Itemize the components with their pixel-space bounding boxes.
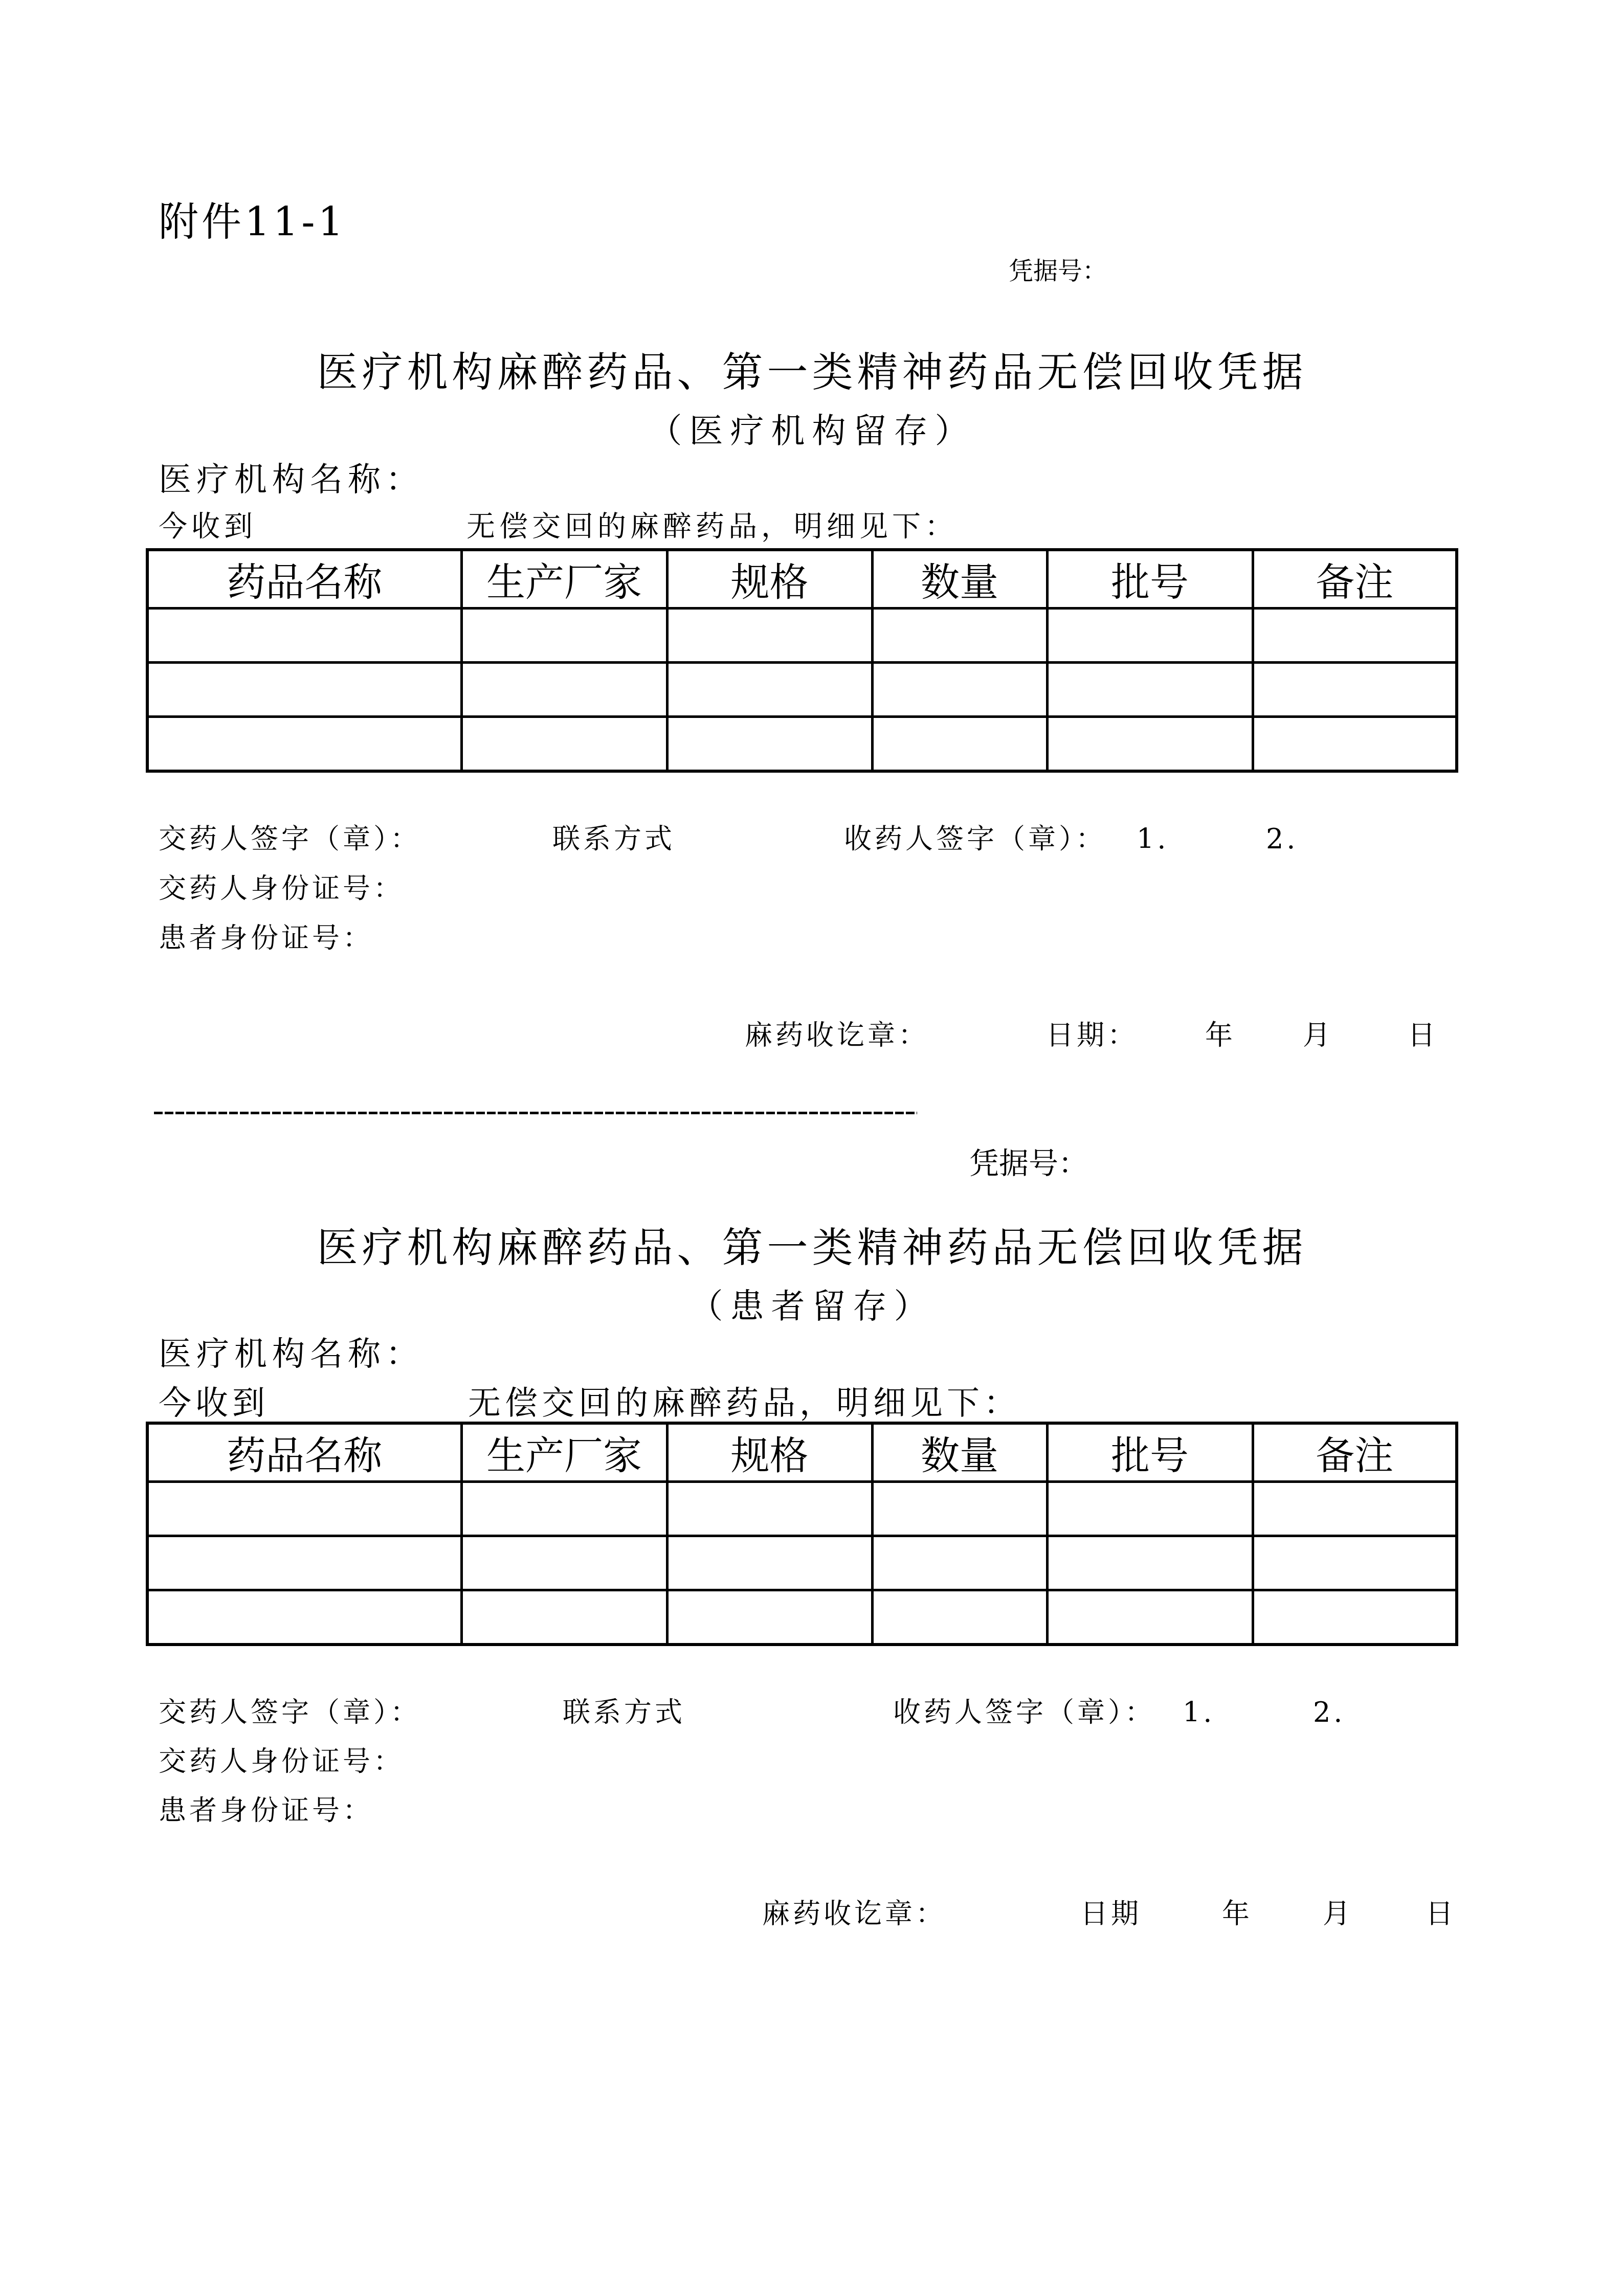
cell-manufacturer[interactable] bbox=[461, 717, 667, 772]
drug-table: 药品名称 生产厂家 规格 数量 批号 备注 bbox=[146, 1422, 1458, 1646]
attachment-label: 附件11-1 bbox=[159, 202, 346, 242]
month-label: 月 bbox=[1323, 1900, 1353, 1928]
header-quantity: 数量 bbox=[872, 550, 1047, 609]
cell-manufacturer[interactable] bbox=[461, 1590, 667, 1645]
deliverer-signature-label: 交药人签字（章）： bbox=[159, 1699, 421, 1726]
table-row bbox=[147, 609, 1457, 663]
cell-manufacturer[interactable] bbox=[461, 1536, 667, 1590]
cell-batch-number[interactable] bbox=[1047, 1482, 1253, 1536]
cell-specification[interactable] bbox=[667, 663, 872, 717]
day-label: 日 bbox=[1408, 1022, 1438, 1049]
table-header-row: 药品名称 生产厂家 规格 数量 批号 备注 bbox=[147, 550, 1457, 609]
header-drug-name: 药品名称 bbox=[147, 1423, 461, 1482]
receiver-1-label: 1. bbox=[1137, 825, 1169, 853]
receiver-1-label: 1. bbox=[1183, 1699, 1215, 1726]
receiver-2-label: 2. bbox=[1313, 1699, 1346, 1726]
form-subtitle: （患者留存） bbox=[0, 1290, 1624, 1323]
table-row bbox=[147, 1590, 1457, 1645]
institution-name-label: 医疗机构名称： bbox=[159, 463, 424, 496]
patient-id-label: 患者身份证号： bbox=[159, 1797, 373, 1825]
table-row bbox=[147, 663, 1457, 717]
stamp-label: 麻药收讫章： bbox=[745, 1022, 929, 1049]
cut-line-divider bbox=[154, 1112, 917, 1114]
cell-drug-name[interactable] bbox=[147, 609, 461, 663]
voucher-number-label: 凭据号： bbox=[1009, 259, 1107, 283]
cell-remarks[interactable] bbox=[1253, 1482, 1457, 1536]
cell-quantity[interactable] bbox=[872, 717, 1047, 772]
header-drug-name: 药品名称 bbox=[147, 550, 461, 609]
voucher-number-label: 凭据号： bbox=[969, 1149, 1088, 1178]
table-header-row: 药品名称 生产厂家 规格 数量 批号 备注 bbox=[147, 1423, 1457, 1482]
received-label: 今收到 bbox=[159, 1387, 269, 1420]
cell-specification[interactable] bbox=[667, 1536, 872, 1590]
receiver-signature-label: 收药人签字（章）： bbox=[893, 1699, 1155, 1726]
cell-specification[interactable] bbox=[667, 1482, 872, 1536]
cell-drug-name[interactable] bbox=[147, 1536, 461, 1590]
cell-drug-name[interactable] bbox=[147, 663, 461, 717]
cell-manufacturer[interactable] bbox=[461, 609, 667, 663]
cell-manufacturer[interactable] bbox=[461, 1482, 667, 1536]
stamp-label: 麻药收讫章： bbox=[762, 1900, 946, 1928]
header-manufacturer: 生产厂家 bbox=[461, 1423, 667, 1482]
receiver-2-label: 2. bbox=[1266, 825, 1299, 853]
day-label: 日 bbox=[1426, 1900, 1456, 1928]
cell-batch-number[interactable] bbox=[1047, 663, 1253, 717]
table-row bbox=[147, 1482, 1457, 1536]
cell-batch-number[interactable] bbox=[1047, 1590, 1253, 1645]
cell-drug-name[interactable] bbox=[147, 1482, 461, 1536]
receiver-signature-label: 收药人签字（章）： bbox=[844, 825, 1106, 853]
institution-name-label: 医疗机构名称： bbox=[159, 1338, 424, 1370]
cell-batch-number[interactable] bbox=[1047, 609, 1253, 663]
header-remarks: 备注 bbox=[1253, 1423, 1457, 1482]
cell-quantity[interactable] bbox=[872, 663, 1047, 717]
cell-remarks[interactable] bbox=[1253, 609, 1457, 663]
deliverer-signature-label: 交药人签字（章）： bbox=[159, 825, 421, 853]
cell-remarks[interactable] bbox=[1253, 717, 1457, 772]
cell-quantity[interactable] bbox=[872, 1482, 1047, 1536]
deliverer-id-label: 交药人身份证号： bbox=[159, 1748, 404, 1775]
form-title: 医疗机构麻醉药品、第一类精神药品无偿回收凭据 bbox=[0, 352, 1624, 393]
cell-remarks[interactable] bbox=[1253, 1590, 1457, 1645]
cell-manufacturer[interactable] bbox=[461, 663, 667, 717]
year-label: 年 bbox=[1222, 1900, 1253, 1928]
cell-remarks[interactable] bbox=[1253, 1536, 1457, 1590]
form-title: 医疗机构麻醉药品、第一类精神药品无偿回收凭据 bbox=[0, 1227, 1624, 1268]
header-remarks: 备注 bbox=[1253, 550, 1457, 609]
patient-id-label: 患者身份证号： bbox=[159, 925, 373, 952]
header-specification: 规格 bbox=[667, 1423, 872, 1482]
year-label: 年 bbox=[1205, 1022, 1236, 1049]
header-manufacturer: 生产厂家 bbox=[461, 550, 667, 609]
cell-specification[interactable] bbox=[667, 609, 872, 663]
month-label: 月 bbox=[1303, 1022, 1333, 1049]
header-batch-number: 批号 bbox=[1047, 550, 1253, 609]
contact-label: 联系方式 bbox=[563, 1699, 685, 1726]
cell-specification[interactable] bbox=[667, 717, 872, 772]
table-row bbox=[147, 717, 1457, 772]
cell-batch-number[interactable] bbox=[1047, 717, 1253, 772]
date-label: 日期 bbox=[1080, 1900, 1142, 1928]
cell-drug-name[interactable] bbox=[147, 1590, 461, 1645]
header-specification: 规格 bbox=[667, 550, 872, 609]
cell-quantity[interactable] bbox=[872, 1590, 1047, 1645]
form-subtitle: （医疗机构留存） bbox=[0, 414, 1624, 448]
deliverer-id-label: 交药人身份证号： bbox=[159, 875, 404, 903]
header-quantity: 数量 bbox=[872, 1423, 1047, 1482]
cell-specification[interactable] bbox=[667, 1590, 872, 1645]
cell-remarks[interactable] bbox=[1253, 663, 1457, 717]
date-label: 日期： bbox=[1046, 1022, 1138, 1049]
cell-quantity[interactable] bbox=[872, 609, 1047, 663]
table-row bbox=[147, 1536, 1457, 1590]
drug-table: 药品名称 生产厂家 规格 数量 批号 备注 bbox=[146, 548, 1458, 773]
cell-drug-name[interactable] bbox=[147, 717, 461, 772]
contact-label: 联系方式 bbox=[552, 825, 675, 853]
received-text: 无偿交回的麻醉药品，明细见下： bbox=[466, 512, 958, 541]
header-batch-number: 批号 bbox=[1047, 1423, 1253, 1482]
cell-batch-number[interactable] bbox=[1047, 1536, 1253, 1590]
cell-quantity[interactable] bbox=[872, 1536, 1047, 1590]
received-label: 今收到 bbox=[159, 512, 257, 541]
received-text: 无偿交回的麻醉药品，明细见下： bbox=[468, 1387, 1020, 1420]
